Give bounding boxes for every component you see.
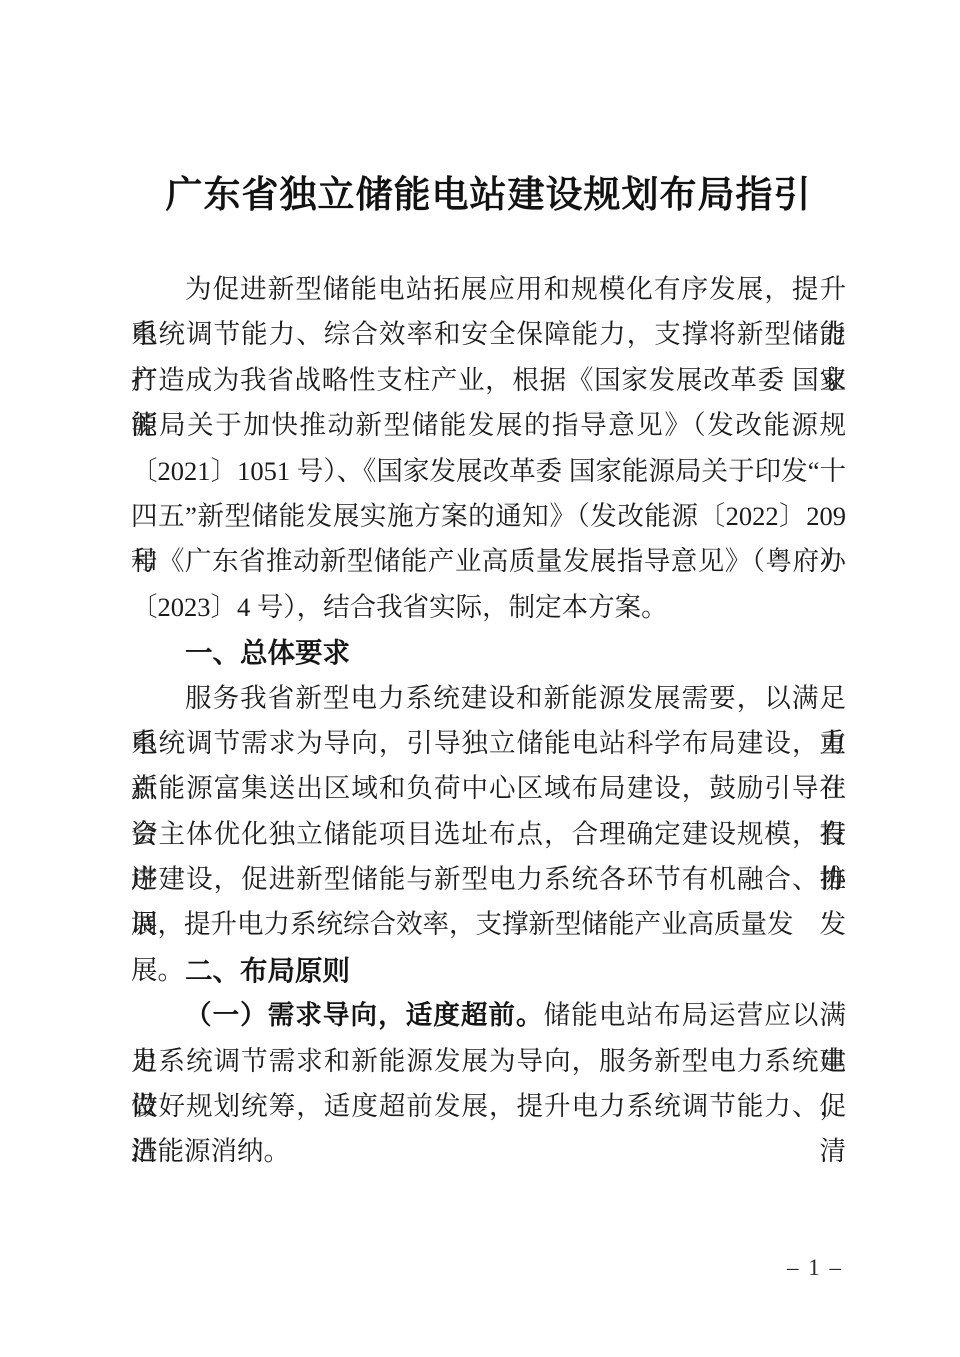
text-line: 进建设，促进新型储能与新型电力系统各环节有机融合、协调发 — [131, 857, 846, 902]
text-line: 做好规划统筹，适度超前发展，提升电力系统调节能力、促进清 — [131, 1084, 846, 1129]
text-line: 〔2021〕1051 号）、《国家发展改革委 国家能源局关于印发“十 — [131, 449, 846, 494]
text-line: 源局关于加快推动新型储能发展的指导意见》（发改能源规 — [131, 403, 846, 448]
section-heading-layout-principles: 二、布局原则 — [131, 948, 846, 993]
text-line: 和《广东省推动新型储能产业高质量发展指导意见》（粤府办 — [131, 539, 846, 584]
text-line: 展，提升电力系统综合效率，支撑新型储能产业高质量发展。 — [131, 902, 846, 947]
text-line: 打造成为我省战略性支柱产业，根据《国家发展改革委 国家能 — [131, 358, 846, 403]
text-line: 为促进新型储能电站拓展应用和规模化有序发展，提升电力 — [131, 267, 846, 312]
text-line: 服务我省新型电力系统建设和新能源发展需要，以满足电力 — [131, 676, 846, 721]
document-page: 广东省独立储能电站建设规划布局指引 为促进新型储能电站拓展应用和规模化有序发展，… — [0, 0, 960, 1357]
text-line: （一）需求导向，适度超前。储能电站布局运营应以满足电 — [131, 993, 846, 1038]
text-line: 资主体优化独立储能项目选址布点，合理确定建设规模，有序推 — [131, 812, 846, 857]
principle-item-lead: （一）需求导向，适度超前。 — [185, 1000, 544, 1030]
text-line: 四五”新型储能发展实施方案的通知》（发改能源〔2022〕209 号） — [131, 494, 846, 539]
document-body: 为促进新型储能电站拓展应用和规模化有序发展，提升电力 系统调节能力、综合效率和安… — [131, 267, 846, 1175]
text-line: 系统调节需求为导向，引导独立储能电站科学布局建设，重点在 — [131, 721, 846, 766]
text-line: 系统调节能力、综合效率和安全保障能力，支撑将新型储能产业 — [131, 312, 846, 357]
section-heading-overall-requirements: 一、总体要求 — [131, 630, 846, 675]
text-line: 力系统调节需求和新能源发展为导向，服务新型电力系统建设， — [131, 1039, 846, 1084]
text-line: 新能源富集送出区域和负荷中心区域布局建设，鼓励引导社会投 — [131, 766, 846, 811]
document-title: 广东省独立储能电站建设规划布局指引 — [131, 171, 846, 221]
text-line: 〔2023〕4 号），结合我省实际，制定本方案。 — [131, 585, 846, 630]
page-number: – 1 – — [787, 1253, 843, 1283]
